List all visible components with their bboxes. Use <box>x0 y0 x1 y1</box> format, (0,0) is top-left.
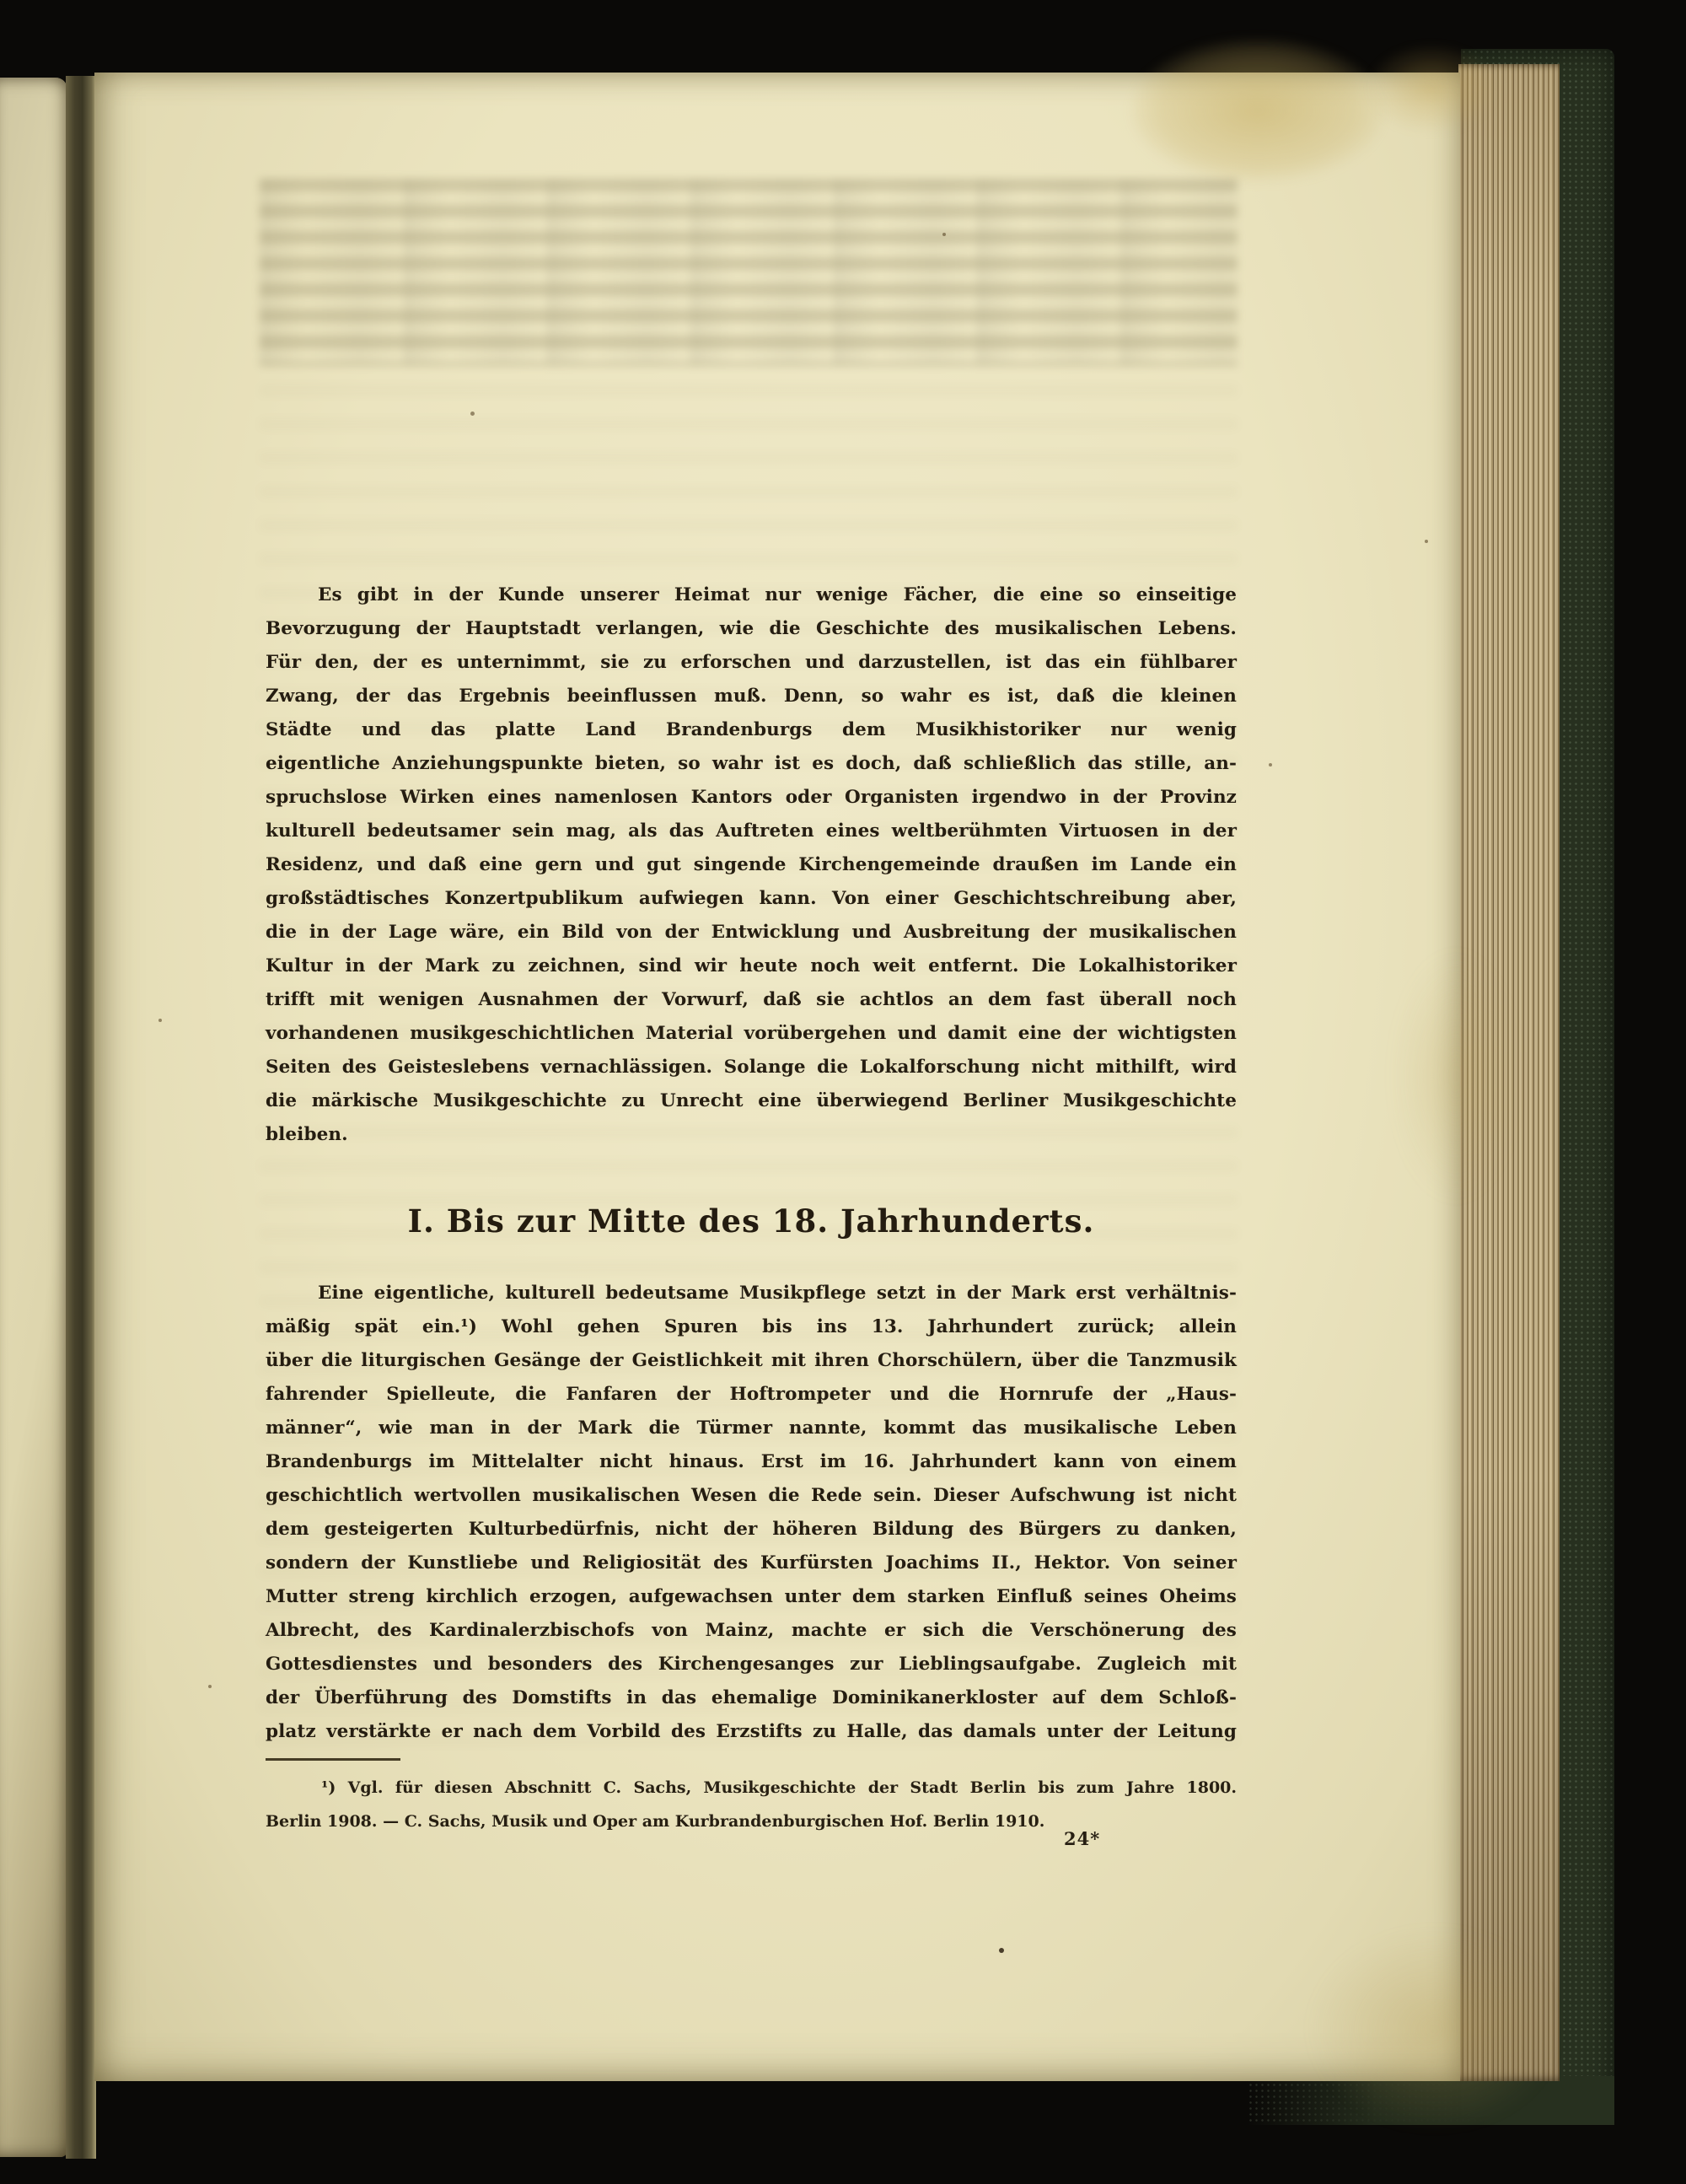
book-cover-bottom-edge <box>1248 2076 1614 2125</box>
footnote-line-1: ¹) Vgl. für diesen Abschnitt C. Sachs, M… <box>266 1771 1237 1805</box>
facing-page-edge <box>0 78 67 2157</box>
paper-stain <box>1131 39 1384 182</box>
footnote-separator-rule <box>266 1758 400 1761</box>
foxing-speck <box>208 1685 212 1688</box>
page-stack-fore-edge <box>1458 64 1560 2081</box>
book-scan-photo: Es gibt in der Kunde unserer Heimat nur … <box>0 0 1686 2184</box>
ink-dot <box>999 1948 1004 1953</box>
bleedthrough-text-ghost <box>260 179 1238 366</box>
foxing-speck <box>1269 763 1272 767</box>
paragraph-intro: Es gibt in der Kunde unserer Heimat nur … <box>266 578 1237 1152</box>
foxing-speck <box>1425 540 1428 543</box>
foxing-speck <box>158 1019 162 1022</box>
binding-gutter-shadow <box>66 76 96 2159</box>
foxing-speck <box>470 412 475 416</box>
foxing-speck <box>942 233 946 236</box>
paragraph-chapter-one: Eine eigentliche, kulturell bedeutsame M… <box>266 1277 1237 1749</box>
book-page: Es gibt in der Kunde unserer Heimat nur … <box>94 73 1460 2081</box>
chapter-heading: I. Bis zur Mitte des 18. Jahrhunderts. <box>266 1199 1237 1243</box>
signature-mark: 24* <box>1064 1828 1100 1849</box>
